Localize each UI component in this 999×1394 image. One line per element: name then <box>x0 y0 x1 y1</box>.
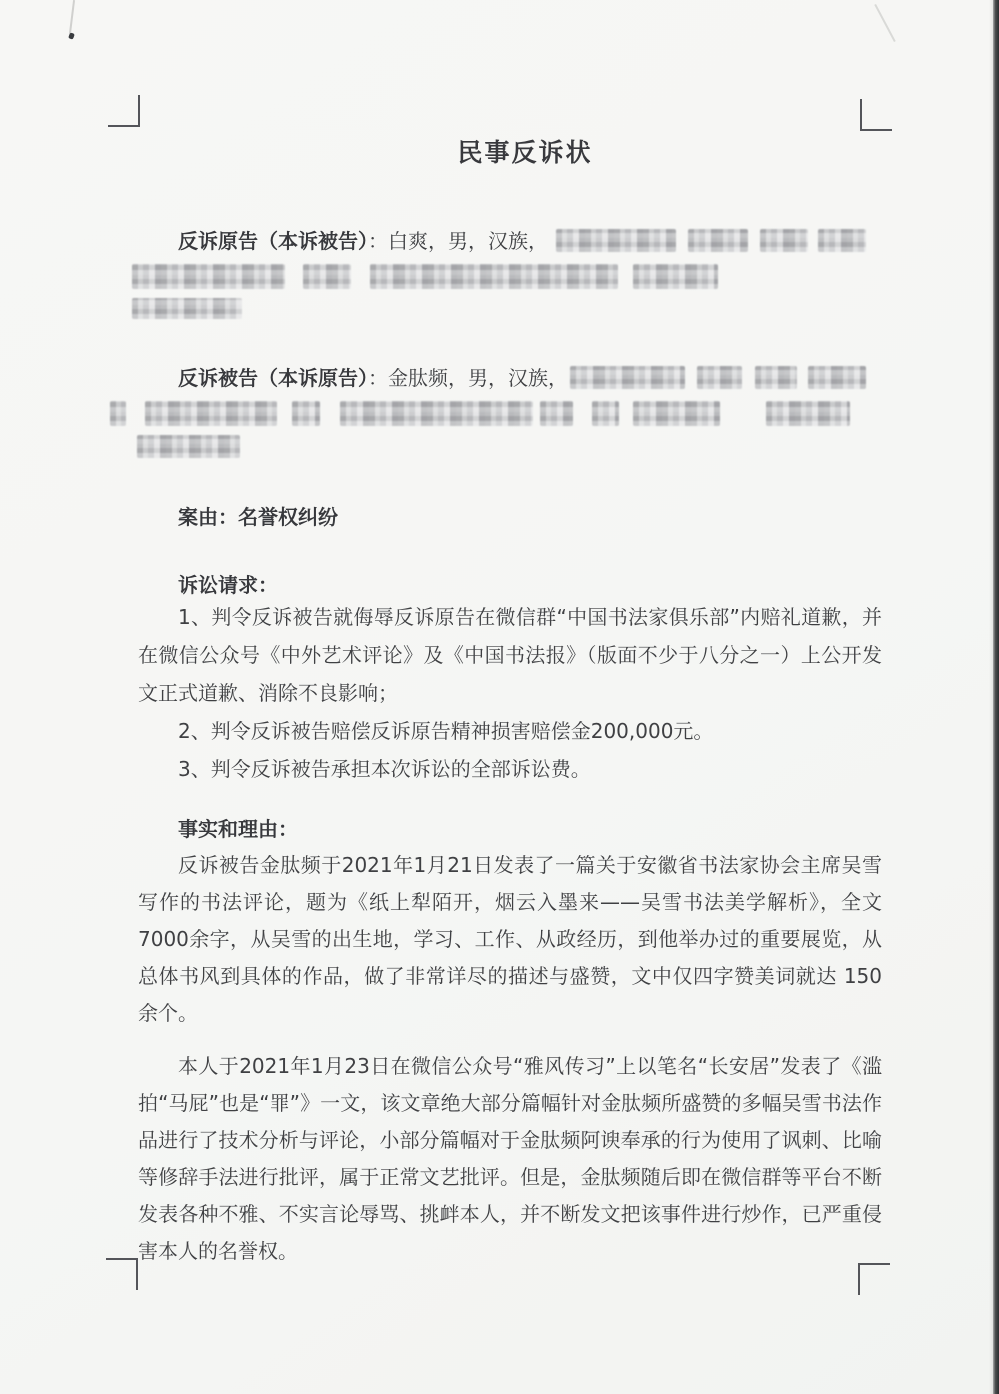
redacted-text <box>592 401 619 426</box>
redacted-text <box>132 264 285 289</box>
redacted-text <box>340 401 533 426</box>
redacted-text <box>570 366 685 389</box>
scan-artifact-line-top-right <box>874 4 895 42</box>
counter-plaintiff-label: 反诉原告（本诉被告） <box>178 229 368 253</box>
facts-paragraph-2-text: 本人于2021年1月23日在微信公众号“雅风传习”上以笔名“长安居”发表了《滥拍… <box>138 1048 882 1270</box>
facts-paragraph-2: 本人于2021年1月23日在微信公众号“雅风传习”上以笔名“长安居”发表了《滥拍… <box>138 1048 882 1270</box>
redacted-text <box>818 229 866 252</box>
redacted-text <box>755 366 797 389</box>
document-page: 民事反诉状 反诉原告（本诉被告）：白爽，男，汉族， 反诉被告（本诉原告）：金肽频… <box>0 0 999 1394</box>
redacted-text <box>132 298 242 319</box>
redacted-text <box>292 401 320 426</box>
scan-edge-right <box>993 0 999 1394</box>
claims-list: 1、判令反诉被告就侮辱反诉原告在微信群“中国书法家俱乐部”内赔礼道歉，并在微信公… <box>138 598 882 788</box>
redacted-text <box>633 401 720 426</box>
facts-heading: 事实和理由： <box>178 817 298 841</box>
redacted-text <box>556 229 676 252</box>
redacted-text <box>370 264 618 289</box>
scan-artifact-line-top-left <box>69 0 75 34</box>
redacted-text <box>697 366 742 389</box>
redacted-text <box>688 229 748 252</box>
redacted-text <box>303 264 351 289</box>
facts-heading-line: 事实和理由： <box>138 814 882 844</box>
crop-mark-top-right <box>860 99 892 131</box>
scan-artifact-dot-top-left <box>68 32 75 39</box>
claim-item-3: 3、判令反诉被告承担本次诉讼的全部诉讼费。 <box>138 750 882 788</box>
crop-mark-bottom-left <box>106 1258 138 1290</box>
cause-line: 案由：名誉权纠纷 <box>138 502 882 532</box>
redacted-text <box>766 401 850 426</box>
claims-heading: 诉讼请求： <box>178 573 278 597</box>
crop-mark-top-left <box>108 95 140 127</box>
redacted-text <box>760 229 808 252</box>
cause-value: 名誉权纠纷 <box>238 505 338 529</box>
facts-paragraph-1: 反诉被告金肽频于2021年1月21日发表了一篇关于安徽省书法家协会主席吴雪写作的… <box>138 847 882 1032</box>
claim-item-1: 1、判令反诉被告就侮辱反诉原告在微信群“中国书法家俱乐部”内赔礼道歉，并在微信公… <box>138 598 882 712</box>
redacted-text <box>145 401 277 426</box>
redacted-text <box>137 435 240 458</box>
counter-defendant-label: 反诉被告（本诉原告） <box>178 366 368 390</box>
counter-defendant-info: ：金肽频，男，汉族， <box>368 366 568 390</box>
redacted-text <box>110 401 126 426</box>
claims-heading-line: 诉讼请求： <box>138 570 882 600</box>
document-title: 民事反诉状 <box>160 133 890 169</box>
cause-label: 案由： <box>178 505 238 529</box>
claim-item-2: 2、判令反诉被告赔偿反诉原告精神损害赔偿金200,000元。 <box>138 712 882 750</box>
counter-plaintiff-info: ：白爽，男，汉族， <box>368 229 548 253</box>
redacted-text <box>633 264 718 289</box>
facts-paragraph-1-text: 反诉被告金肽频于2021年1月21日发表了一篇关于安徽省书法家协会主席吴雪写作的… <box>138 847 882 1032</box>
redacted-text <box>540 401 573 426</box>
redacted-text <box>808 366 866 389</box>
